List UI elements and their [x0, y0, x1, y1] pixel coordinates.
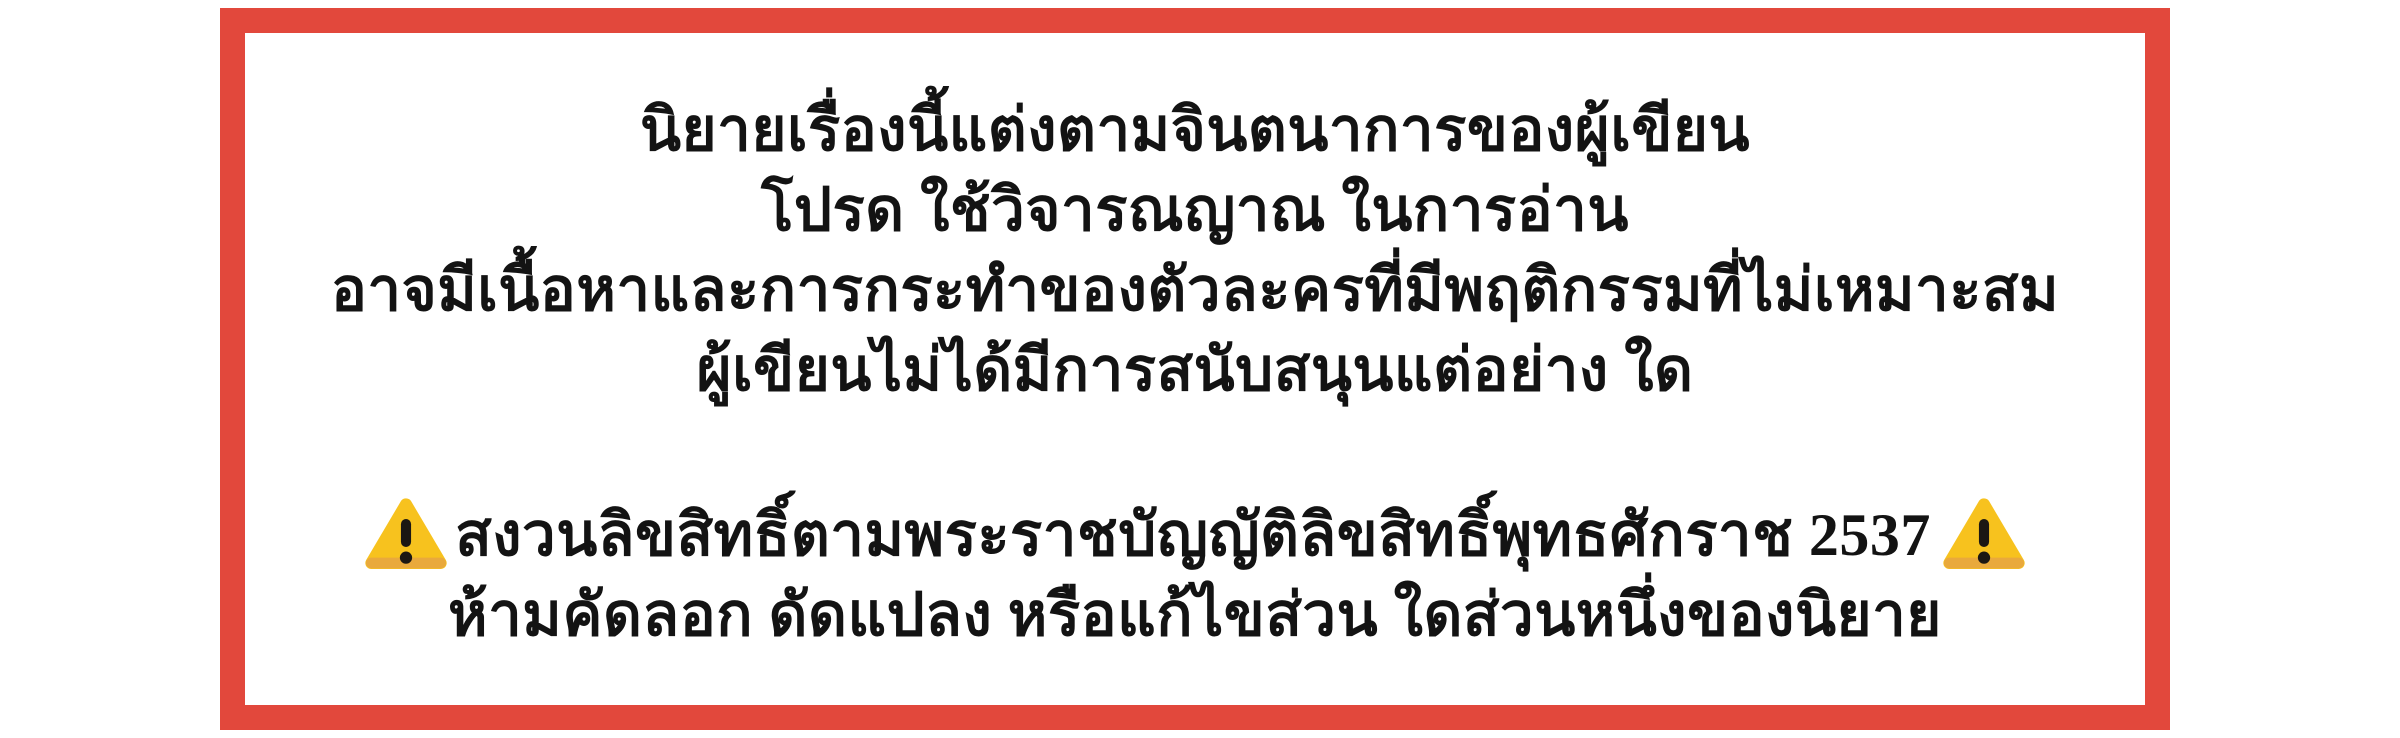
disclaimer-line-discretion: โปรด ใช้วิจารณญาณ ในการอ่าน [761, 170, 1629, 250]
copyright-text: สงวนลิขสิทธิ์ตามพระราชบัญญัติลิขสิทธิ์พุ… [455, 495, 1931, 575]
copyright-line: สงวนลิขสิทธิ์ตามพระราชบัญญัติลิขสิทธิ์พุ… [363, 495, 2027, 575]
prohibition-line: ห้ามคัดลอก ดัดแปลง หรือแก้ไขส่วน ใดส่วนห… [448, 575, 1942, 655]
disclaimer-line-no-endorsement: ผู้เขียนไม่ได้มีการสนับสนุนแต่อย่าง ใด [697, 330, 1694, 410]
warning-triangle-icon [1941, 495, 2027, 575]
disclaimer-content: นิยายเรื่องนี้แต่งตามจินตนาการของผู้เขีย… [270, 58, 2120, 680]
warning-triangle-icon [363, 495, 449, 575]
disclaimer-line-imagination: นิยายเรื่องนี้แต่งตามจินตนาการของผู้เขีย… [640, 90, 1750, 170]
disclaimer-frame: นิยายเรื่องนี้แต่งตามจินตนาการของผู้เขีย… [220, 8, 2170, 730]
disclaimer-line-content-warning: อาจมีเนื้อหาและการกระทำของตัวละครที่มีพฤ… [331, 250, 2059, 330]
